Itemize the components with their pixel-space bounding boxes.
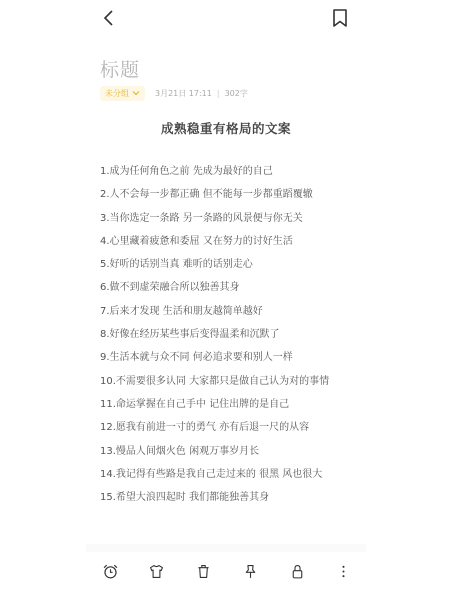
toolbar-divider (86, 544, 366, 552)
note-line: 3.当你选定一条路 另一条路的风景便与你无关 (100, 207, 329, 230)
note-line: 1.成为任何角色之前 先成为最好的自己 (100, 160, 329, 183)
back-button[interactable] (100, 8, 118, 28)
lock-button[interactable] (287, 561, 307, 581)
note-meta: 未分组 3月21日 17:11 | 302字 (100, 85, 248, 101)
note-line: 14.我记得有些路是我自己走过来的 很黑 风也很大 (100, 463, 329, 486)
alarm-clock-icon (102, 563, 119, 580)
lock-icon (289, 563, 306, 580)
meta-separator: | (217, 89, 220, 98)
note-line: 7.后来才发现 生活和朋友越简单越好 (100, 300, 329, 323)
note-heading: 成熟稳重有格局的文案 (86, 119, 366, 137)
chevron-left-icon (100, 8, 118, 28)
more-button[interactable] (334, 561, 354, 581)
group-selector[interactable]: 未分组 (100, 86, 145, 101)
note-line: 5.好听的话别当真 难听的话别走心 (100, 253, 329, 276)
note-date: 3月21日 17:11 (155, 88, 212, 99)
bookmark-button[interactable] (331, 8, 349, 28)
note-line: 8.好像在经历某些事后变得温柔和沉默了 (100, 323, 329, 346)
note-screen: 标题 未分组 3月21日 17:11 | 302字 成熟稳重有格局的文案 1.成… (86, 0, 366, 600)
pin-button[interactable] (240, 561, 260, 581)
note-line: 13.慢品人间烟火色 闲观万事岁月长 (100, 440, 329, 463)
pin-icon (242, 563, 259, 580)
note-line: 2.人不会每一步都正确 但不能每一步都重蹈覆辙 (100, 183, 329, 206)
note-line: 11.命运掌握在自己手中 记住出牌的是自己 (100, 393, 329, 416)
note-line: 4.心里藏着疲惫和委屈 又在努力的讨好生活 (100, 230, 329, 253)
note-body[interactable]: 1.成为任何角色之前 先成为最好的自己 2.人不会每一步都正确 但不能每一步都重… (100, 160, 329, 509)
group-label: 未分组 (105, 88, 129, 99)
delete-button[interactable] (194, 561, 214, 581)
note-title[interactable]: 标题 (100, 55, 140, 82)
top-bar (86, 0, 366, 36)
trash-icon (195, 563, 212, 580)
shirt-icon (148, 563, 165, 580)
note-line: 6.做不到虚荣融合所以独善其身 (100, 276, 329, 299)
note-line: 10.不需要很多认同 大家都只是做自己认为对的事情 (100, 370, 329, 393)
note-line: 9.生活本就与众不同 何必追求要和别人一样 (100, 346, 329, 369)
note-line: 15.希望大浪四起时 我们都能独善其身 (100, 486, 329, 509)
more-vertical-icon (335, 563, 352, 580)
note-line: 12.愿我有前进一寸的勇气 亦有后退一尺的从容 (100, 416, 329, 439)
word-count: 302字 (225, 88, 248, 99)
chevron-down-icon (132, 90, 140, 96)
bookmark-icon (331, 8, 349, 28)
reminder-button[interactable] (100, 561, 120, 581)
bottom-toolbar (86, 556, 366, 586)
theme-button[interactable] (147, 561, 167, 581)
